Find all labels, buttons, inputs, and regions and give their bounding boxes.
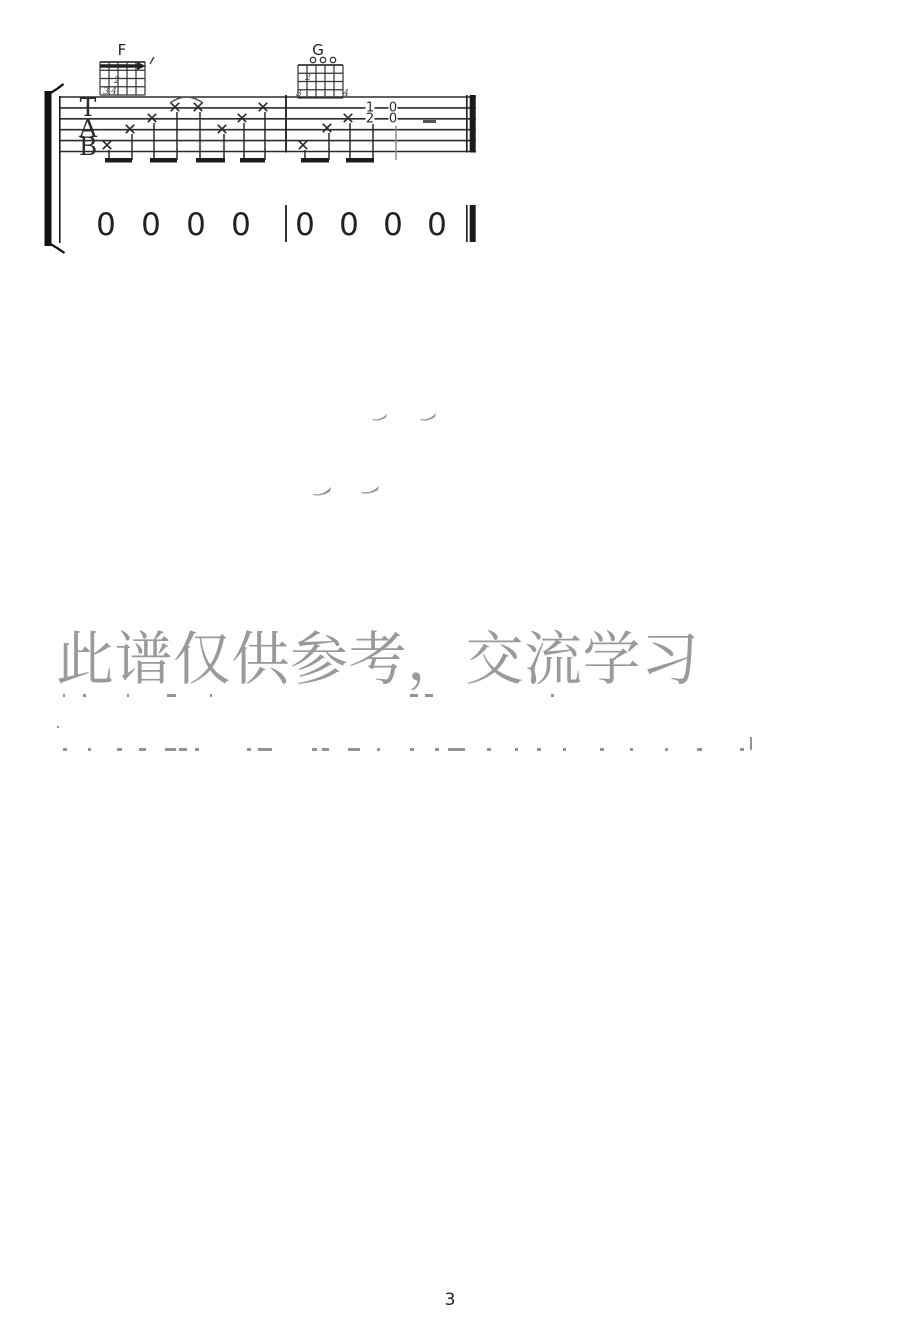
text-fragment [563,748,566,751]
rhythm-zero: 0 [96,207,116,243]
text-fragment [410,748,414,751]
rhythm-zero: 0 [339,207,359,243]
text-fragment [322,748,329,751]
text-fragment [258,748,272,751]
text-fragment [740,748,744,751]
text-fragment [551,694,554,697]
text-fragment [88,748,91,751]
text-fragment [117,748,122,751]
text-fragment [139,748,146,751]
glyph-swoosh-fragment [313,486,332,496]
text-fragment [410,694,418,697]
page-number: 3 [0,1290,900,1310]
rhythm-zero: 0 [141,207,161,243]
text-fragment [537,748,541,751]
tab-fret-number: 0 [389,112,397,127]
finger-number: 3 [103,87,109,97]
text-fragment [210,694,212,697]
text-fragment [63,748,67,751]
system-bracket [45,91,52,246]
text-fragment [515,748,518,751]
glyph-swoosh-fragment [420,412,437,421]
finger-number: 3 [296,89,302,99]
finger-number: 4 [110,87,117,97]
text-fragment-tick [750,737,752,750]
open-string-circle [330,57,335,62]
rhythm-zero: 0 [186,207,206,243]
text-fragment [462,748,465,751]
text-fragment [600,748,604,751]
beam [301,158,329,163]
sustain-dash [423,120,436,123]
text-fragment [165,748,176,751]
text-fragment [630,748,633,751]
beam [150,158,177,163]
chord-tick [150,57,154,64]
text-fragment [448,748,462,751]
rhythm-zero: 0 [427,207,447,243]
text-fragment [665,748,668,751]
tab-letter-B: B [79,132,97,161]
text-fragment [63,694,65,697]
rhythm-zero: 0 [295,207,315,243]
finger-number: 4 [342,89,349,99]
finger-number: 2 [113,76,120,86]
text-fragment-dot [57,726,59,728]
text-fragment [167,694,176,697]
tab-system: TABF234G234120000000000 [0,0,900,280]
text-fragment [312,748,317,751]
chord-label-F: F [118,41,127,59]
text-fragment [348,748,360,751]
text-fragment [487,748,491,751]
beam [346,158,374,163]
text-fragment [127,694,129,697]
rhythm-zero: 0 [383,207,403,243]
text-fragment [435,748,439,751]
text-fragment [83,694,86,697]
beam [196,158,225,163]
rhythm-zero: 0 [231,207,251,243]
glyph-swoosh-fragment [372,413,388,421]
text-fragment [377,748,380,751]
bracket-bottom-curl [51,244,65,253]
text-fragment [247,748,251,751]
watermark-text: 此谱仅供参考，交流学习 [56,612,700,696]
finger-number: 2 [304,73,311,83]
beam [105,158,132,163]
text-fragment [179,748,187,751]
text-fragment [697,748,702,751]
chord-label-G: G [312,41,324,59]
beam [240,158,265,163]
tie-arc [170,97,203,103]
glyph-swoosh-fragment [361,485,380,494]
bracket-top-curl [51,84,64,93]
text-fragment [195,748,199,751]
text-fragment [425,694,433,697]
